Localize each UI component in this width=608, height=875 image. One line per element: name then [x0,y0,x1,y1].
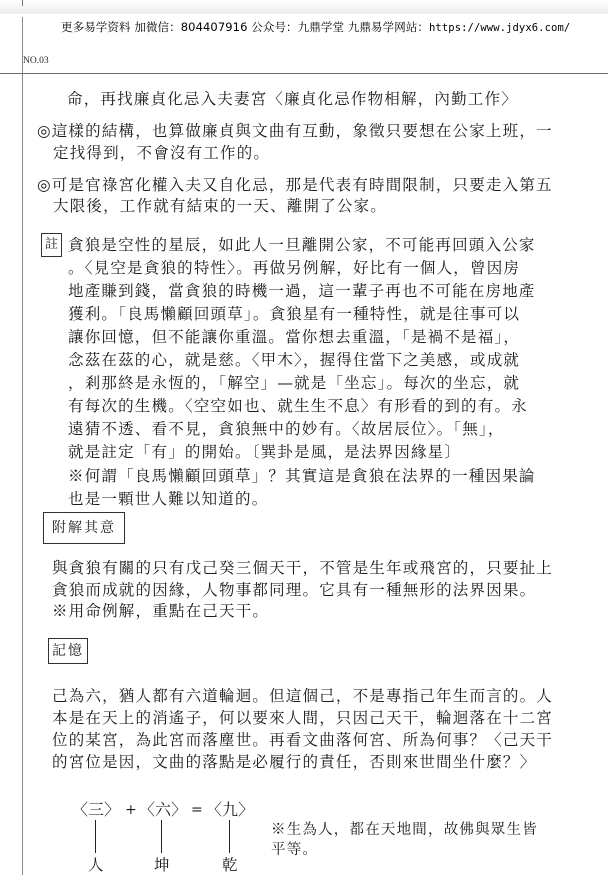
page-edge-tick [22,0,23,6]
bullet2-line2: 大限後，工作就有結束的一天、離開了公家。 [53,196,387,216]
note-line: 念茲在茲的心，就是慈。〈甲木〉，握得住當下之美感，或成就 [68,350,520,370]
bullet1-line1: ◎這樣的結構，也算做廉貞與文曲有互動，象徵只要想在公家上班，一 [37,121,553,141]
memory-line: 本是在天上的消遙子，何以要來人間，只因己天干，輪迴落在十二宮 [52,708,553,728]
label-kun: 坤 [154,855,171,875]
fujie-line: 貪狼而成就的因緣，人物事都同理。它具有一種無形的法界因果。 [52,580,536,600]
note-remark-line1: ※何謂「良馬懶顧回頭草」？其實這是貪狼在法界的一種因果論 [68,466,536,486]
equation-term-nine: 〈九〉 [206,800,254,820]
equation-plus: + [125,800,138,820]
fujie-line: ※用命例解，重點在己天干。 [52,601,269,621]
note-line: ，剎那終是永恆的，「解空」—就是「坐忘」。每次的坐忘，就 [68,373,520,393]
note-remark-line2: 也是一顆世人難以知道的。 [68,489,268,509]
connector-line [161,820,162,853]
equation-term-six: 〈六〉 [139,800,187,820]
watermark-header: 更多易学资料 加微信：804407916 公众号：九鼎学堂 九鼎易学网站：htt… [61,19,570,35]
note-line: 遠猜不透、看不見，貪狼無中的妙有。〈故居辰位〉。「無」， [68,419,505,439]
connector-line [229,820,230,853]
note-line: 有每次的生機。〈空空如也、就生生不息〉有形看的到的有。永 [68,396,528,416]
note-line: 就是註定「有」的開始。〔巽卦是風，是法界因緣星〕 [68,442,461,462]
label-qian: 乾 [222,855,239,875]
intro-line: 命，再找廉貞化忌入夫妻宮〈廉貞化忌作物相解，內勤工作〉 [67,89,518,109]
diagram-side-note-line1: ※生為人，都在天地間，故佛與眾生皆 [271,820,538,840]
viewer-top-strip [0,0,608,14]
watermark-url: https://www.jdyx6.com/ [429,22,570,34]
label-ren: 人 [88,855,105,875]
memory-line: 的宮位是因，文曲的落點是必履行的責任，否則來世間坐什麼？〉 [52,752,536,772]
note-line: 地產賺到錢，當貪狼的時機一過，這一輩子再也不可能在房地產 [68,281,536,301]
fujie-line: 與貪狼有關的只有戊己癸三個天干，不管是生年或飛宮的，只要扯上 [52,558,553,578]
section-memory-label: 記憶 [48,638,88,664]
memory-line: 位的某宮，為此宮而落塵世。再看文曲落何宮、所為何事？〈己天干 [52,730,553,750]
note-line: 獲利。「良馬懶顧回頭草」。貪狼星有一種特性，就是往事可以 [68,304,520,324]
section-fujie-label: 附解其意 [43,512,125,544]
equation-term-three: 〈三〉 [72,800,120,820]
page-left-border [22,17,23,875]
header-divider [0,73,608,74]
connector-line [95,820,96,853]
equation-equals: = [191,800,204,820]
note-label-box: 註 [41,233,62,257]
watermark-text: 更多易学资料 加微信：804407916 公众号：九鼎学堂 九鼎易学网站： [61,20,429,34]
note-line: 。〈見空是貪狼的特性〉。再做另例解，好比有一個人，曾因房 [68,258,520,278]
note-line: 讓你回憶，但不能讓你重溫。當你想去重溫，「是禍不是福」， [68,327,520,347]
memory-line: 己為六，猶人都有六道輪迴。但這個己，不是專指己年生而言的。人 [52,686,553,706]
bullet1-line2: 定找得到，不會沒有工作的。 [53,143,270,163]
page-number: NO.03 [23,56,49,66]
diagram-side-note-line2: 平等。 [271,840,318,860]
note-line: 貪狼是空性的星辰，如此人一旦離開公家，不可能再回頭入公家 [68,235,536,255]
bullet2-line1: ◎可是官祿宮化權入夫又自化忌，那是代表有時間限制，只要走入第五 [37,175,553,195]
